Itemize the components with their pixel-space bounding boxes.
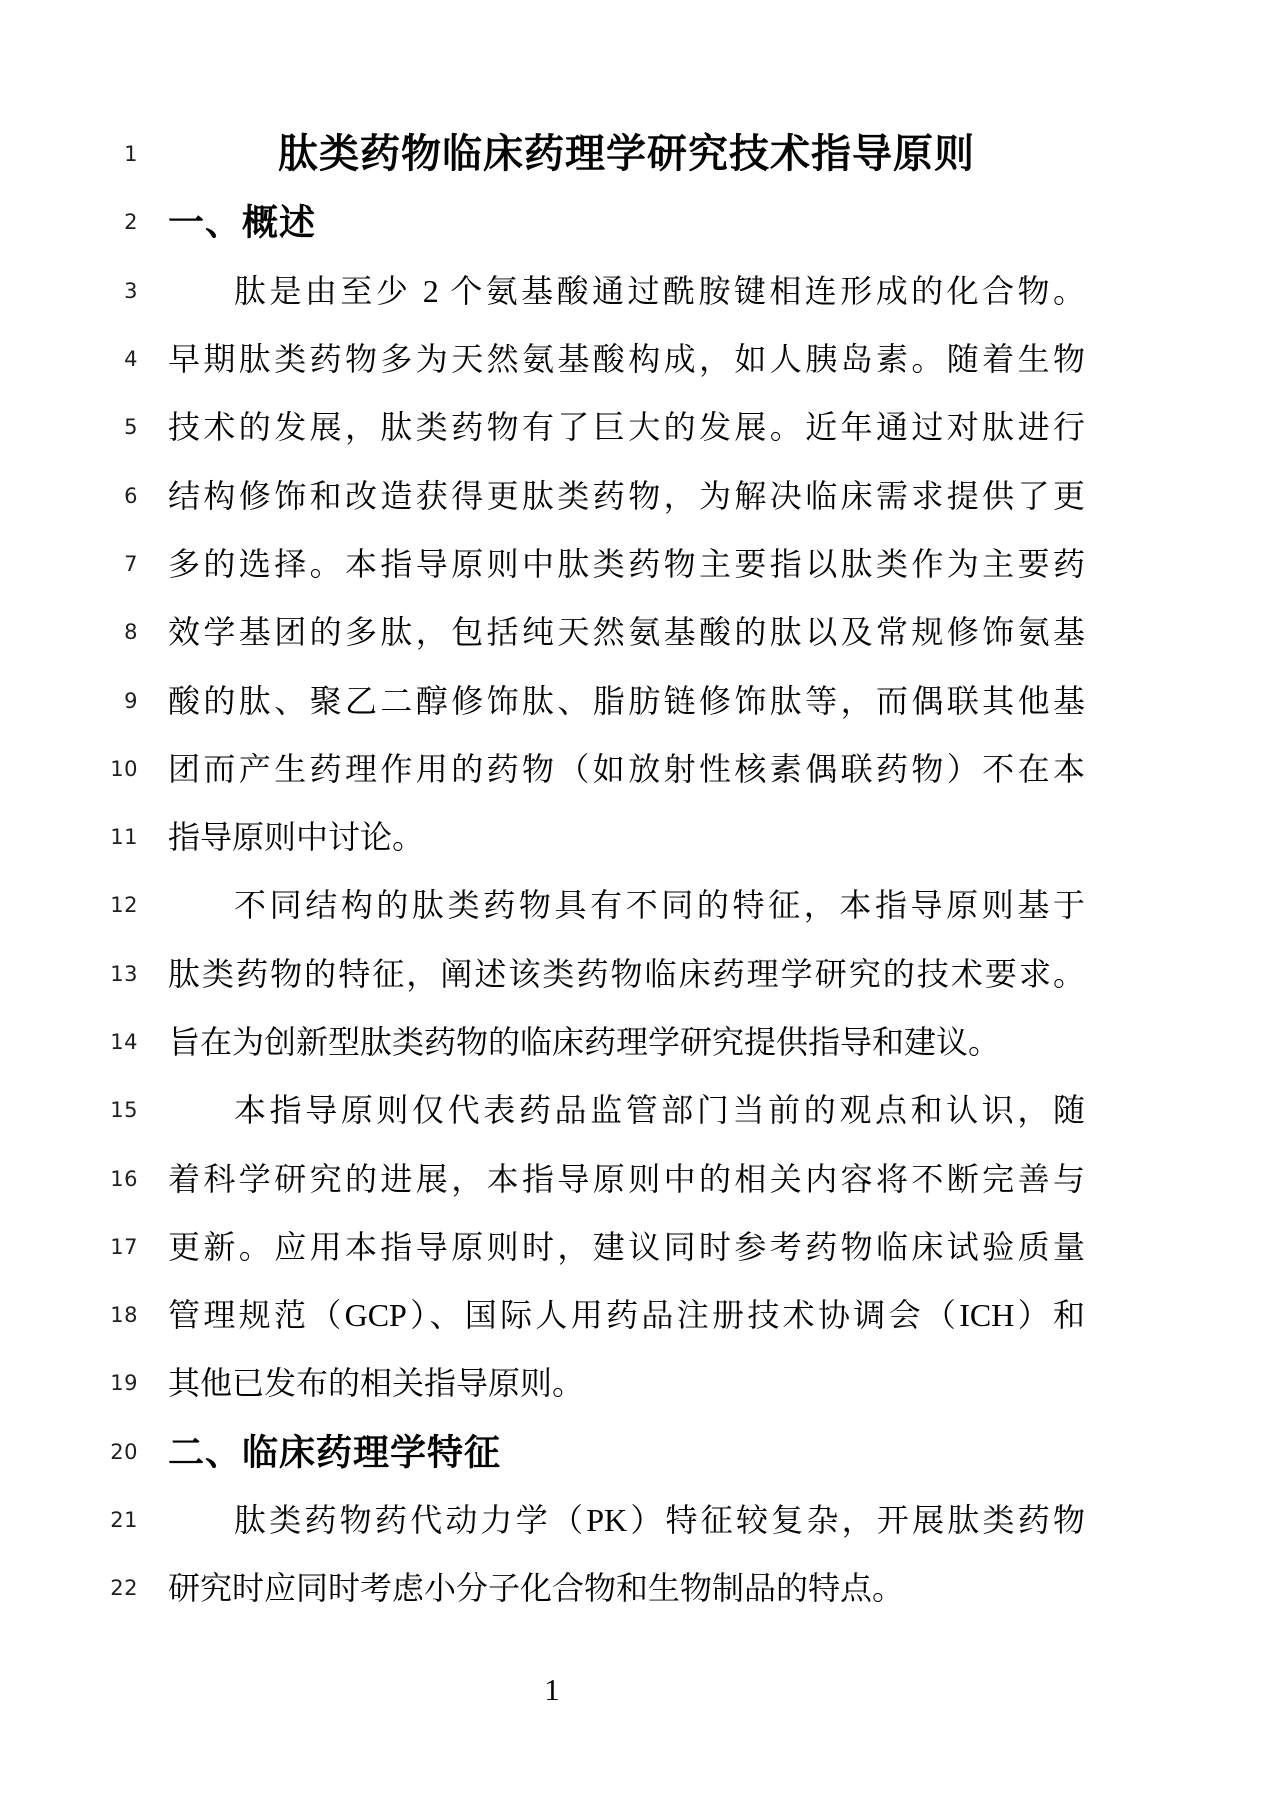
line-text: 不同结构的肽类药物具有不同的特征，本指导原则基于 xyxy=(168,886,1085,924)
document-line-12: 12 不同结构的肽类药物具有不同的特征，本指导原则基于 xyxy=(0,871,1280,939)
document-line-14: 14 旨在为创新型肽类药物的临床药理学研究提供指导和建议。 xyxy=(0,1008,1280,1076)
line-number: 13 xyxy=(0,962,138,986)
document-line-2: 2 一、概述 xyxy=(0,188,1280,256)
document-line-21: 21 肽类药物药代动力学（PK）特征较复杂，开展肽类药物 xyxy=(0,1486,1280,1554)
line-text: 技术的发展，肽类药物有了巨大的发展。近年通过对肽进行 xyxy=(168,408,1085,446)
line-number: 1 xyxy=(0,142,138,166)
line-number: 2 xyxy=(0,210,138,234)
document-line-5: 5 技术的发展，肽类药物有了巨大的发展。近年通过对肽进行 xyxy=(0,393,1280,461)
line-text: 团而产生药理作用的药物（如放射性核素偶联药物）不在本 xyxy=(168,750,1085,788)
line-text: 本指导原则仅代表药品监管部门当前的观点和认识，随 xyxy=(168,1091,1085,1129)
document-line-3: 3 肽是由至少 2 个氨基酸通过酰胺键相连形成的化合物。 xyxy=(0,257,1280,325)
line-text: 肽类药物临床药理学研究技术指导原则 xyxy=(168,130,1085,178)
document-line-18: 18 管理规范（GCP）、国际人用药品注册技术协调会（ICH）和 xyxy=(0,1281,1280,1349)
document-line-6: 6 结构修饰和改造获得更肽类药物，为解决临床需求提供了更 xyxy=(0,461,1280,529)
line-text: 一、概述 xyxy=(168,201,1085,244)
line-text: 效学基团的多肽，包括纯天然氨基酸的肽以及常规修饰氨基 xyxy=(168,613,1085,651)
document-line-7: 7 多的选择。本指导原则中肽类药物主要指以肽类作为主要药 xyxy=(0,530,1280,598)
line-number: 14 xyxy=(0,1030,138,1054)
line-number: 7 xyxy=(0,552,138,576)
line-number: 16 xyxy=(0,1167,138,1191)
line-number: 11 xyxy=(0,825,138,849)
line-number: 22 xyxy=(0,1576,138,1600)
line-number: 20 xyxy=(0,1440,138,1464)
line-number: 4 xyxy=(0,347,138,371)
line-text: 早期肽类药物多为天然氨基酸构成，如人胰岛素。随着生物 xyxy=(168,340,1085,378)
document-line-10: 10 团而产生药理作用的药物（如放射性核素偶联药物）不在本 xyxy=(0,735,1280,803)
line-number: 17 xyxy=(0,1235,138,1259)
line-number: 12 xyxy=(0,893,138,917)
line-number: 6 xyxy=(0,484,138,508)
document-line-15: 15 本指导原则仅代表药品监管部门当前的观点和认识，随 xyxy=(0,1076,1280,1144)
document-line-1: 1 肽类药物临床药理学研究技术指导原则 xyxy=(0,120,1280,188)
line-text: 更新。应用本指导原则时，建议同时参考药物临床试验质量 xyxy=(168,1228,1085,1266)
line-text: 指导原则中讨论。 xyxy=(168,818,1085,856)
line-text: 二、临床药理学特征 xyxy=(168,1430,1085,1473)
document-line-19: 19 其他已发布的相关指导原则。 xyxy=(0,1349,1280,1417)
document-line-4: 4 早期肽类药物多为天然氨基酸构成，如人胰岛素。随着生物 xyxy=(0,325,1280,393)
document-page: 1 肽类药物临床药理学研究技术指导原则 2 一、概述 3 肽是由至少 2 个氨基… xyxy=(0,0,1280,1810)
document-line-20: 20 二、临床药理学特征 xyxy=(0,1418,1280,1486)
document-line-8: 8 效学基团的多肽，包括纯天然氨基酸的肽以及常规修饰氨基 xyxy=(0,598,1280,666)
line-text: 酸的肽、聚乙二醇修饰肽、脂肪链修饰肽等，而偶联其他基 xyxy=(168,681,1085,719)
document-line-9: 9 酸的肽、聚乙二醇修饰肽、脂肪链修饰肽等，而偶联其他基 xyxy=(0,666,1280,734)
line-text: 结构修饰和改造获得更肽类药物，为解决临床需求提供了更 xyxy=(168,476,1085,514)
document-line-13: 13 肽类药物的特征，阐述该类药物临床药理学研究的技术要求。 xyxy=(0,940,1280,1008)
line-number: 21 xyxy=(0,1508,138,1532)
document-line-22: 22 研究时应同时考虑小分子化合物和生物制品的特点。 xyxy=(0,1554,1280,1622)
line-text: 着科学研究的进展，本指导原则中的相关内容将不断完善与 xyxy=(168,1159,1085,1197)
line-number: 18 xyxy=(0,1303,138,1327)
line-number: 3 xyxy=(0,279,138,303)
line-text: 肽是由至少 2 个氨基酸通过酰胺键相连形成的化合物。 xyxy=(168,272,1085,310)
line-number: 19 xyxy=(0,1371,138,1395)
line-text: 旨在为创新型肽类药物的临床药理学研究提供指导和建议。 xyxy=(168,1023,1085,1061)
line-text: 其他已发布的相关指导原则。 xyxy=(168,1364,1085,1402)
line-number: 9 xyxy=(0,689,138,713)
line-number: 5 xyxy=(0,415,138,439)
document-line-11: 11 指导原则中讨论。 xyxy=(0,803,1280,871)
document-line-17: 17 更新。应用本指导原则时，建议同时参考药物临床试验质量 xyxy=(0,1213,1280,1281)
line-text: 多的选择。本指导原则中肽类药物主要指以肽类作为主要药 xyxy=(168,545,1085,583)
line-text: 研究时应同时考虑小分子化合物和生物制品的特点。 xyxy=(168,1569,1085,1607)
line-number: 15 xyxy=(0,1098,138,1122)
line-text: 管理规范（GCP）、国际人用药品注册技术协调会（ICH）和 xyxy=(168,1296,1085,1334)
page-number: 1 xyxy=(0,1672,1104,1708)
line-number: 10 xyxy=(0,757,138,781)
line-text: 肽类药物的特征，阐述该类药物临床药理学研究的技术要求。 xyxy=(168,955,1085,993)
line-number: 8 xyxy=(0,620,138,644)
document-lines: 1 肽类药物临床药理学研究技术指导原则 2 一、概述 3 肽是由至少 2 个氨基… xyxy=(0,120,1280,1623)
document-line-16: 16 着科学研究的进展，本指导原则中的相关内容将不断完善与 xyxy=(0,1144,1280,1212)
line-text: 肽类药物药代动力学（PK）特征较复杂，开展肽类药物 xyxy=(168,1501,1085,1539)
